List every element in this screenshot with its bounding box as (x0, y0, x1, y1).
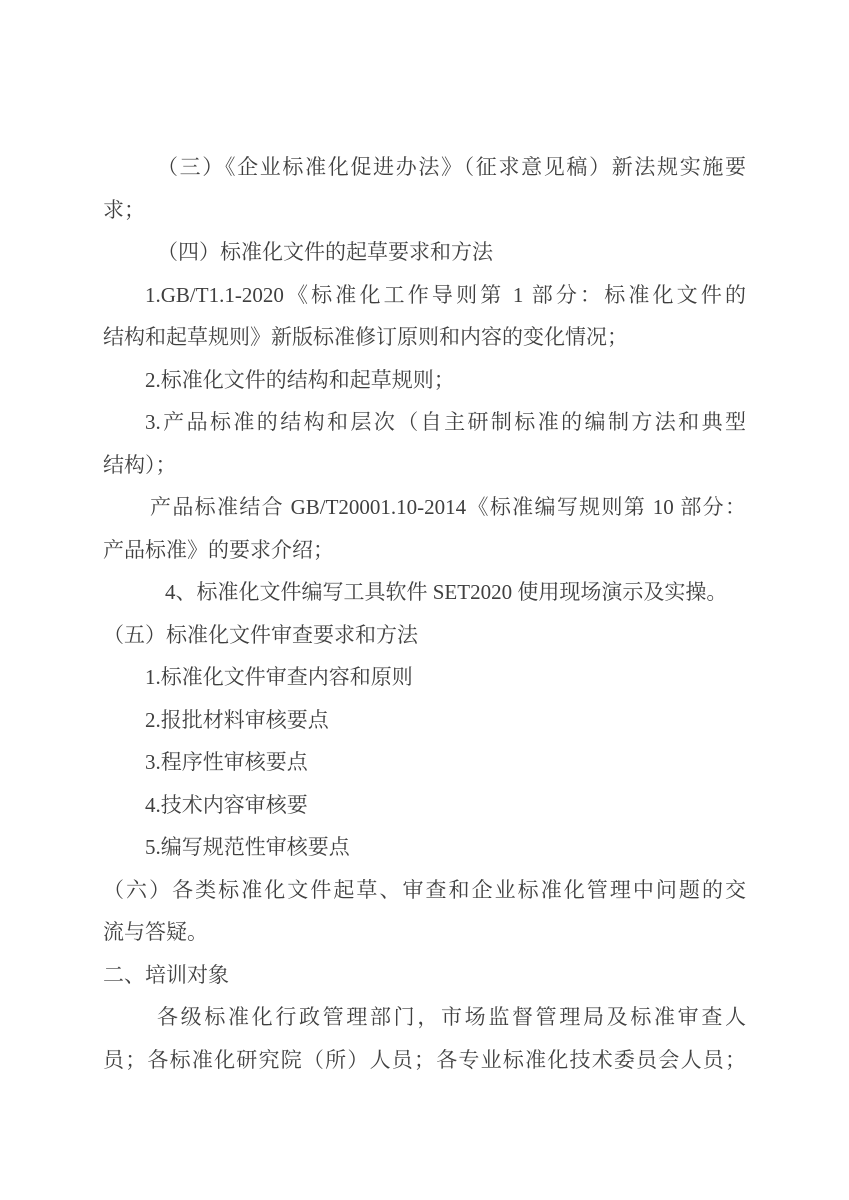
text-line: 1.GB/T1.1-2020《标准化工作导则第 1 部分：标准化文件的 (103, 274, 746, 317)
text-line: （三）《企业标准化促进办法》（征求意见稿）新法规实施要 (103, 146, 746, 189)
text-line: 2.标准化文件的结构和起草规则； (103, 359, 746, 402)
text-line: 2.报批材料审核要点 (103, 699, 746, 742)
text-line: 流与答疑。 (103, 911, 746, 954)
text-line: 5.编写规范性审核要点 (103, 826, 746, 869)
text-line: 3.产品标准的结构和层次（自主研制标准的编制方法和典型 (103, 401, 746, 444)
text-line: 结构）； (103, 444, 746, 487)
text-line: 4.技术内容审核要 (103, 784, 746, 827)
text-line: 各级标准化行政管理部门，市场监督管理局及标准审查人 (103, 996, 746, 1039)
text-line: 求； (103, 189, 746, 232)
text-line: 员；各标准化研究院（所）人员；各专业标准化技术委员会人员； (103, 1039, 746, 1082)
text-line: 3.程序性审核要点 (103, 741, 746, 784)
text-line: 产品标准》的要求介绍； (103, 529, 746, 572)
document-page: （三）《企业标准化促进办法》（征求意见稿）新法规实施要求；（四）标准化文件的起草… (0, 0, 849, 1200)
document-body: （三）《企业标准化促进办法》（征求意见稿）新法规实施要求；（四）标准化文件的起草… (103, 146, 746, 1081)
text-line: （四）标准化文件的起草要求和方法 (103, 231, 746, 274)
text-line: 产品标准结合 GB/T20001.10-2014《标准编写规则第 10 部分： (103, 486, 746, 529)
text-line: 结构和起草规则》新版标准修订原则和内容的变化情况； (103, 316, 746, 359)
text-line: （五）标准化文件审查要求和方法 (103, 614, 746, 657)
text-line: 1.标准化文件审查内容和原则 (103, 656, 746, 699)
text-line: （六）各类标准化文件起草、审查和企业标准化管理中问题的交 (103, 869, 746, 912)
text-line: 二、培训对象 (103, 954, 746, 997)
text-line: 4、标准化文件编写工具软件 SET2020 使用现场演示及实操。 (103, 571, 746, 614)
